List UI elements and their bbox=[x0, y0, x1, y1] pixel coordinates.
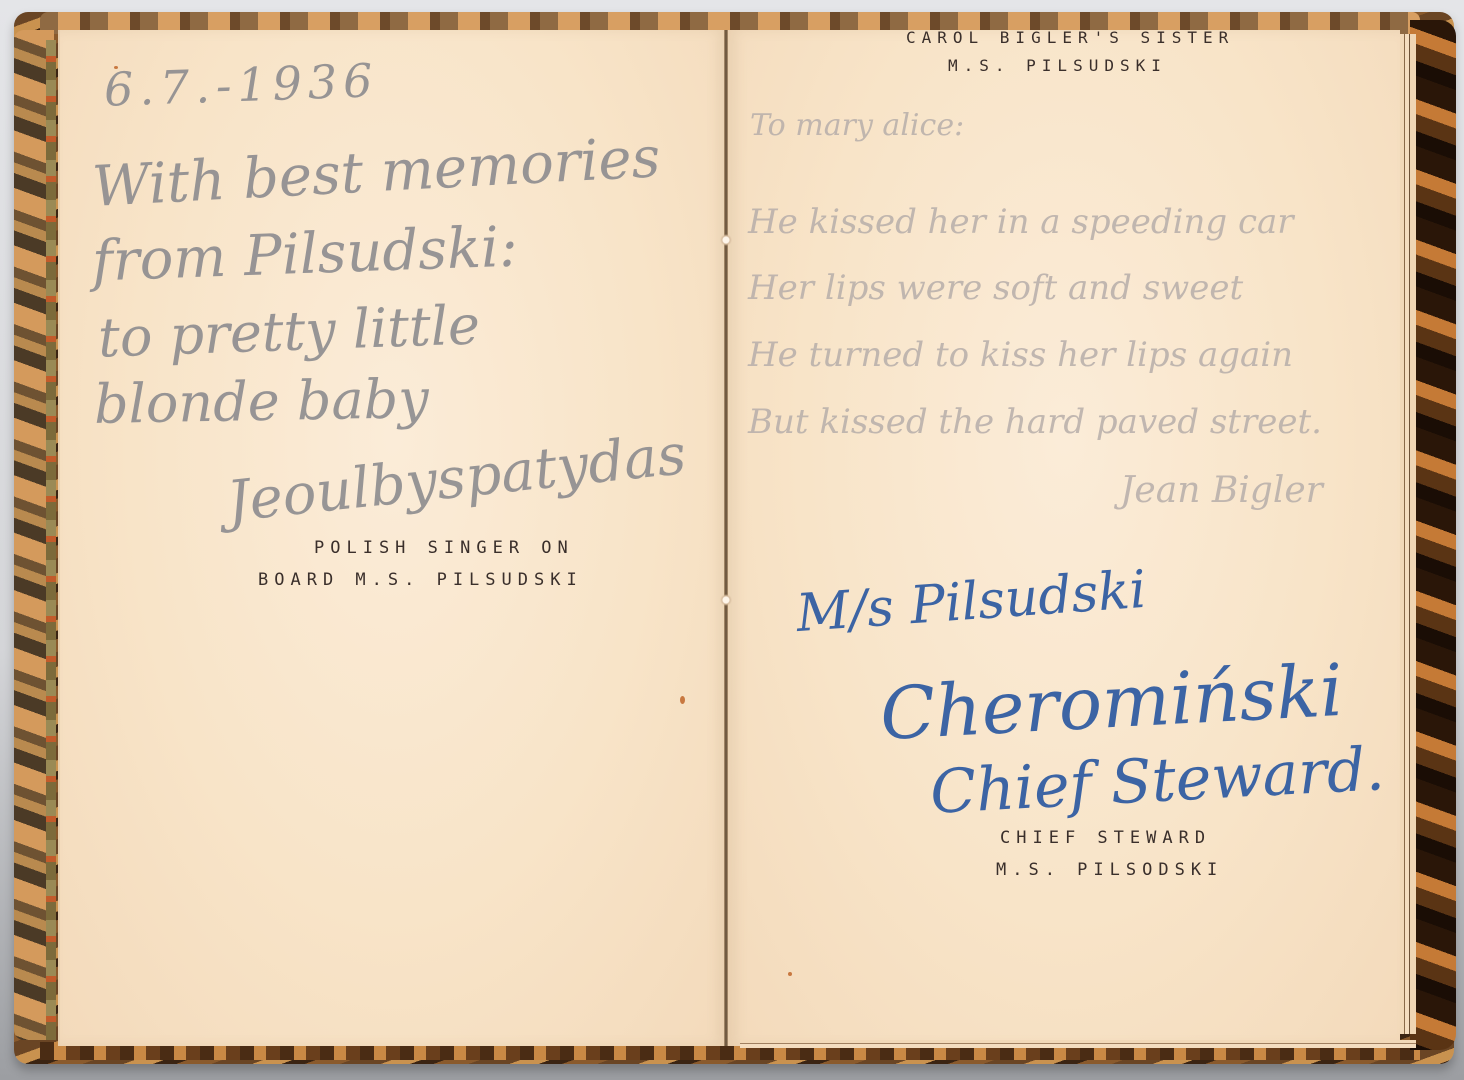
message-line: to pretty little bbox=[97, 293, 481, 369]
page-header-note: M.S. PILSUDSKI bbox=[948, 56, 1167, 75]
poem-signature: Jean Bigler bbox=[1120, 470, 1323, 511]
binding-stitch bbox=[718, 234, 734, 246]
message-line: blonde baby bbox=[93, 367, 429, 436]
poem-line: But kissed the hard paved street. bbox=[748, 402, 1322, 442]
poem-line: Her lips were soft and sweet bbox=[748, 268, 1243, 308]
annotation-line: CHIEF STEWARD bbox=[1000, 828, 1211, 848]
cover-inner-strip bbox=[46, 40, 56, 1040]
right-page bbox=[728, 30, 1400, 1046]
poem-greeting: To mary alice: bbox=[750, 108, 964, 143]
paper-spot bbox=[680, 696, 685, 704]
page-edge-stack bbox=[1400, 34, 1416, 1034]
cover-edge-right bbox=[1410, 20, 1456, 1050]
poem-line: He turned to kiss her lips again bbox=[748, 335, 1293, 375]
poem-line: He kissed her in a speeding car bbox=[748, 202, 1294, 242]
annotation-line: POLISH SINGER ON bbox=[314, 538, 574, 558]
binding-stitch bbox=[718, 594, 734, 606]
inscription-date: 6.7.-1936 bbox=[103, 53, 379, 117]
paper-spot bbox=[788, 972, 792, 976]
book-gutter bbox=[724, 30, 728, 1046]
annotation-line: BOARD M.S. PILSUDSKI bbox=[258, 570, 583, 590]
annotation-line: M.S. PILSODSKI bbox=[996, 860, 1223, 880]
page-header-note: CAROL BIGLER'S sister bbox=[906, 28, 1234, 47]
page-bottom-stack bbox=[740, 1040, 1416, 1048]
